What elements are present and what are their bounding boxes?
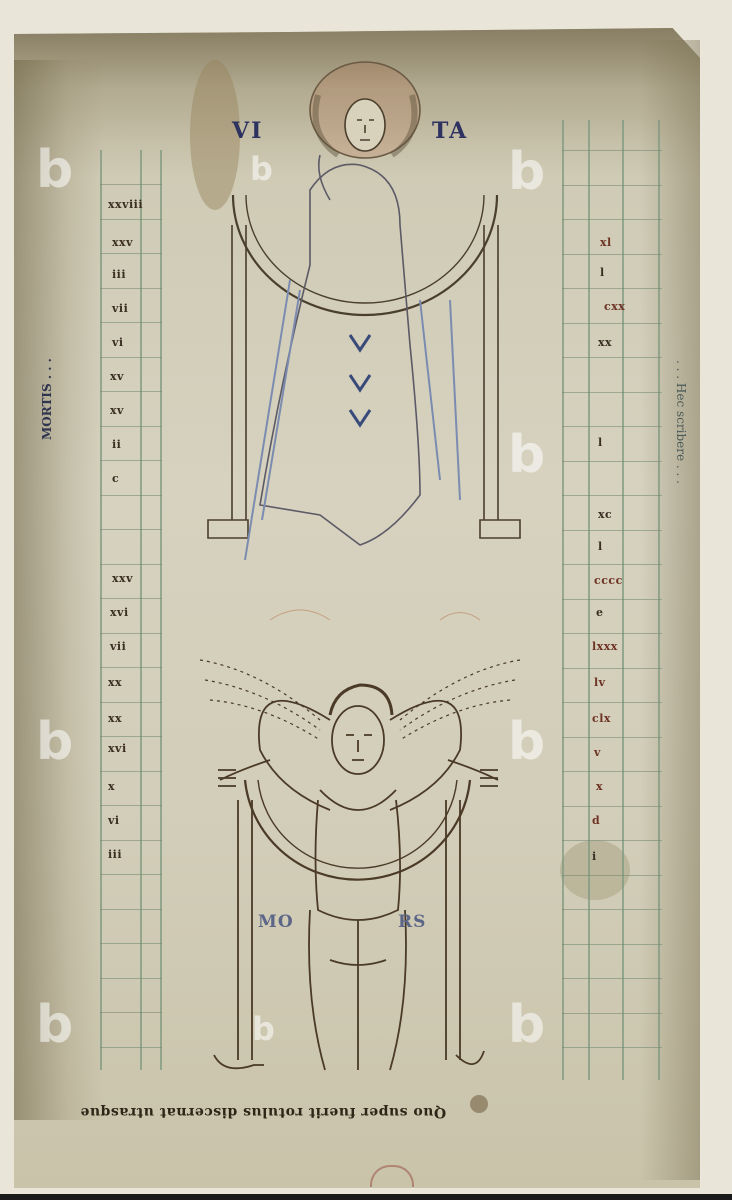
bottom-caption: Quo super fuerit rotulus discernat utras…	[80, 1104, 446, 1120]
mors-label-left: MO	[258, 912, 294, 932]
mors-label-right: RS	[398, 912, 426, 932]
bottom-edge-bar	[0, 1194, 732, 1200]
watermark-b: b	[36, 995, 73, 1055]
watermark-b: b	[250, 150, 273, 188]
watermark-b: b	[508, 995, 545, 1055]
mors-figure	[200, 660, 520, 1070]
drawings-layer	[0, 0, 732, 1200]
vita-label-left: VI	[232, 118, 263, 144]
watermark-b: b	[508, 425, 545, 485]
watermark-b: b	[252, 1010, 275, 1048]
watermark-b: b	[36, 712, 73, 772]
watermark-b: b	[36, 140, 73, 200]
watermark-b: b	[508, 712, 545, 772]
watermark-b: b	[508, 142, 545, 202]
vita-label-right: TA	[432, 118, 468, 144]
